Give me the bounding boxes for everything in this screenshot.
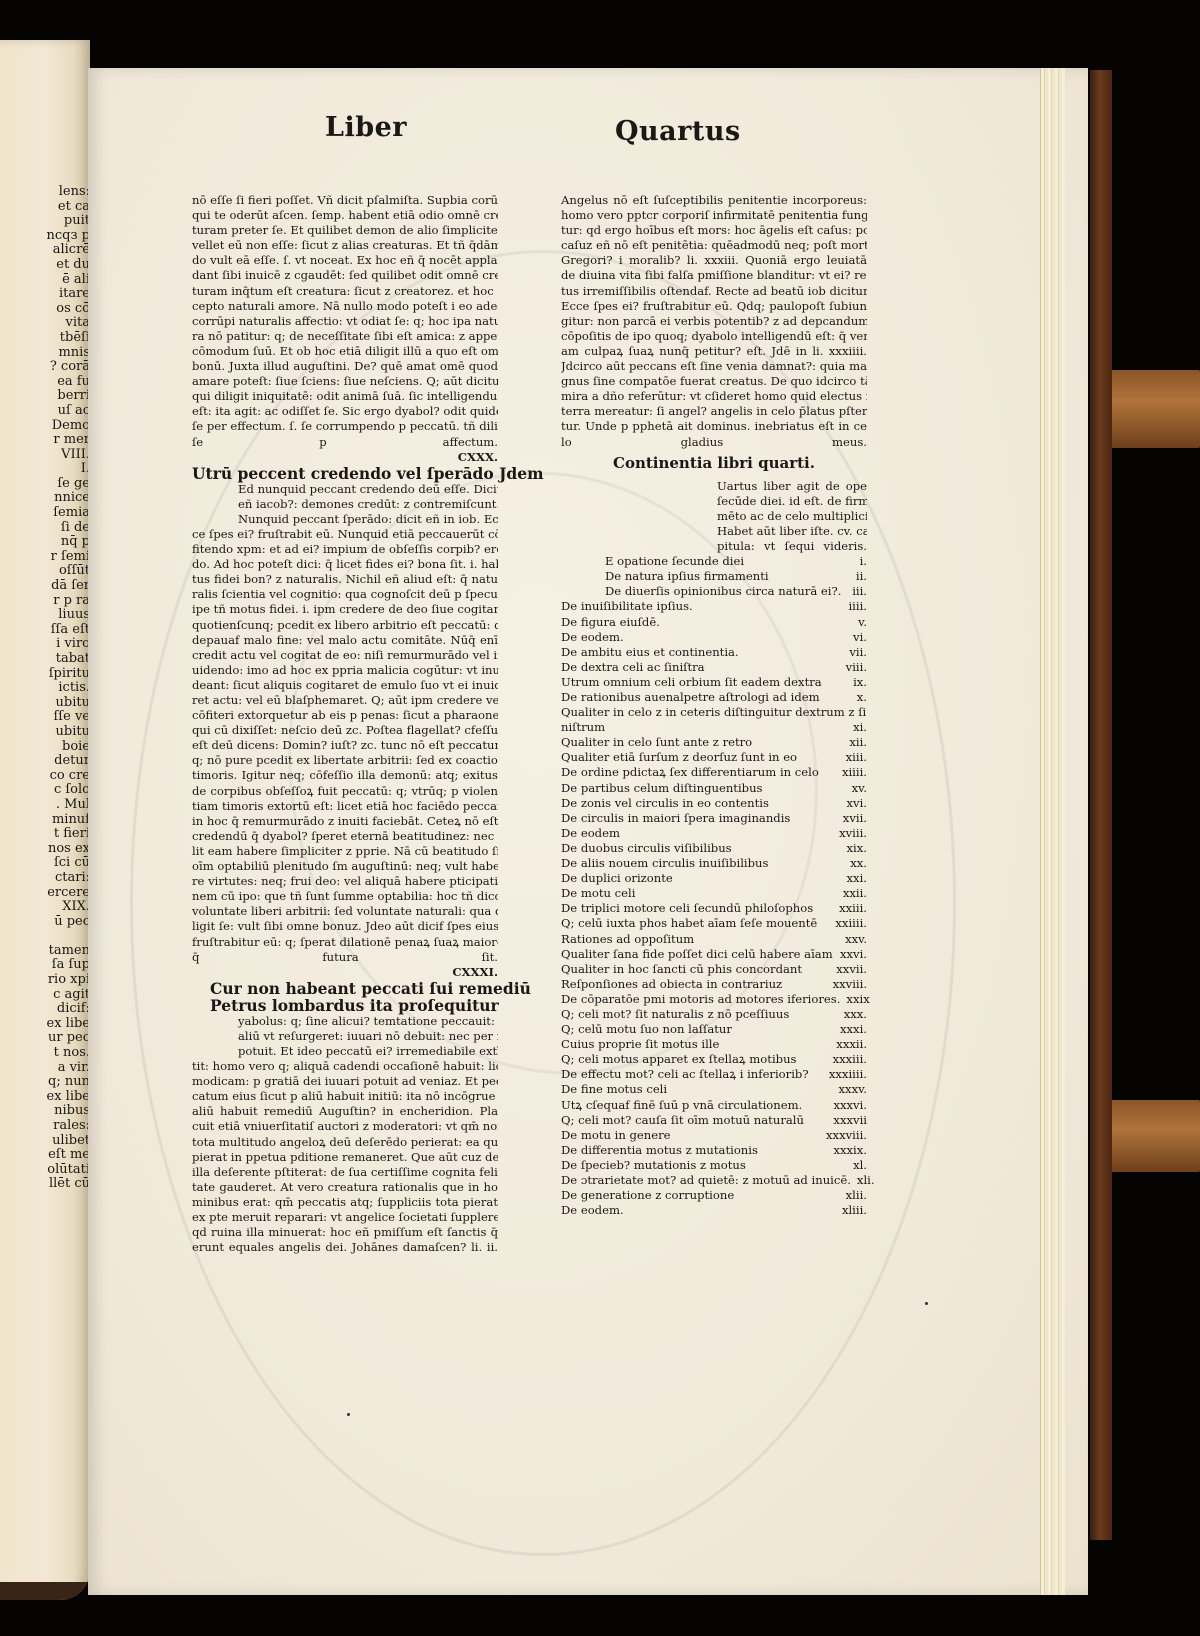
text-fragment: Demo xyxy=(0,419,90,434)
text-line: qui diligit iniquitatē: odit animā ſuā. … xyxy=(192,389,498,404)
text-fragment: oſſūt xyxy=(0,564,90,579)
toc-title: De eodem. xyxy=(561,1203,624,1218)
toc-entry: De effectu mot? celi ac ſtellaꝝ i inferi… xyxy=(561,1067,867,1082)
text-line: aliū vt reſurgeret: iuuari nō debuit: ne… xyxy=(238,1029,498,1044)
toc-entry: De duobus circulis viſibilibusxix. xyxy=(561,841,867,856)
toc-title: De cōparatōe pmi motoris ad motores ifer… xyxy=(561,992,840,1007)
text-line: pitula: vt ſequi videris. xyxy=(717,539,867,554)
toc-chapter-number: iiii. xyxy=(842,599,867,614)
text-line: aliū habuit remediū Auguſtin? in encheri… xyxy=(192,1104,498,1119)
text-fragment: detur xyxy=(0,754,90,769)
text-column-left: nō eſſe ſi fieri poſſet. Vñ dicit pſalmi… xyxy=(192,193,498,1255)
toc-chapter-number: iii. xyxy=(846,584,867,599)
toc-title: Utꝝ cſequaf finē ſuū p vnā circulationem… xyxy=(561,1098,802,1113)
text-line: ſe per effectum. ſ. ſe corrumpendo p pec… xyxy=(192,419,498,434)
toc-title: De motu in genere xyxy=(561,1128,671,1143)
text-line: timoris. Igitur neq; cōfeſſio illa demon… xyxy=(192,768,498,783)
toc-entry: Q; celi mot? cauſa ſit oīm motuū natural… xyxy=(561,1113,867,1128)
table-of-contents: E opatione ſecunde dieii.De natura ipſiu… xyxy=(561,554,867,1218)
text-line: dant ſibi inuicē z cgaudēt: ſed quilibet… xyxy=(192,268,498,283)
text-line: qd ruina illa minuerat: hoc eñ pmiſſum e… xyxy=(192,1225,498,1240)
ink-speck xyxy=(925,1302,928,1305)
chapter-subheading: Petrus lombardus ita proſequitur xyxy=(192,997,498,1014)
toc-entry: Qualiter in hoc ſancti cū phis concordan… xyxy=(561,962,867,977)
text-line: qui te oderūt aſcen. ſemp. habent etiā o… xyxy=(192,208,498,223)
toc-title: De diuerſis opinionibus circa naturā ei?… xyxy=(605,584,841,599)
toc-entry: De dextra celi ac ſiniſtraviii. xyxy=(561,660,867,675)
toc-entry: Qualiter in celo ſunt ante z retroxii. xyxy=(561,735,867,750)
text-line: Habet aūt liber iſte. cv. ca xyxy=(717,524,867,539)
toc-chapter-number: xxxv. xyxy=(833,1082,867,1097)
toc-chapter-number: xli. xyxy=(851,1173,875,1188)
text-line: ligit ſe: vult ſibi omne bonuz. Jdeo aūt… xyxy=(192,919,498,934)
text-line: vellet eū non eſſe: ſicut z alias creatu… xyxy=(192,238,498,253)
toc-entry: De partibus celum diſtinguentibusxv. xyxy=(561,781,867,796)
toc-title: De eodem. xyxy=(561,630,624,645)
text-fragment: berri xyxy=(0,389,90,404)
toc-chapter-number: i. xyxy=(854,554,867,569)
running-head-left: Liber xyxy=(325,112,407,143)
toc-title: Rationes ad oppoſitum xyxy=(561,932,694,947)
toc-title: Qualiter etiā ſurſum z deorſuz ſunt in e… xyxy=(561,750,797,765)
toc-chapter-number: xxxix. xyxy=(827,1143,867,1158)
toc-chapter-number: vi. xyxy=(847,630,867,645)
text-line: ra nō patitur: q; de neceſſitate ſibi eſ… xyxy=(192,329,498,344)
text-fragment: ulibet xyxy=(0,1134,90,1149)
text-line: cōmodum ſuū. Et ob hoc etiā diligit illū… xyxy=(192,344,498,359)
text-line: do vult eā eſſe. ſ. vt noceat. Ex hoc eñ… xyxy=(192,253,498,268)
text-line: ſecūde diei. id eſt. de firma xyxy=(717,494,867,509)
toc-title: De fine motus celi xyxy=(561,1082,667,1097)
text-line: modicam: p gratiā dei iuuari potuit ad v… xyxy=(192,1074,498,1089)
text-line: eſt: ita agit: ac odiſſet ſe. Sic ergo d… xyxy=(192,404,498,419)
toc-title: De ambitu eius et continentia. xyxy=(561,645,739,660)
text-line: voluntate liberi arbitrii: ſed voluntate… xyxy=(192,904,498,919)
text-fragment: ercere xyxy=(0,886,90,901)
toc-entry: De natura ipſius firmamentiii. xyxy=(561,569,867,584)
text-line: de corpibus obſeſſoꝝ fuit peccatū: q; vt… xyxy=(192,784,498,799)
toc-entry: Qualiter in celo z in ceteris diſtinguit… xyxy=(561,705,867,720)
toc-chapter-number: xlii. xyxy=(840,1188,867,1203)
toc-title: De ordine pdictaꝝ ſex differentiarum in … xyxy=(561,765,819,780)
text-line: catum eius ſicut p aliū habuit initiū: i… xyxy=(192,1089,498,1104)
text-line: ipe tñ motus fidei. i. ipm credere de de… xyxy=(192,602,498,617)
text-fragment: ſpiritu xyxy=(0,667,90,682)
text-fragment: liuus xyxy=(0,608,90,623)
text-line: ſe p affectum. xyxy=(192,435,498,450)
text-line: oīm optabiliū plenitudo ſm auguſtinū: ne… xyxy=(192,859,498,874)
text-fragment: boie xyxy=(0,740,90,755)
toc-chapter-number: x. xyxy=(851,690,867,705)
text-line: minibus erat: qm̄ peccatis atq; ſupplici… xyxy=(192,1195,498,1210)
toc-chapter-number: xix. xyxy=(841,841,867,856)
text-fragment: ubitu xyxy=(0,725,90,740)
toc-chapter-number: xiiii. xyxy=(836,765,867,780)
toc-title: De ſpecieb? mutationis z motus xyxy=(561,1158,746,1173)
text-fragment: co cre xyxy=(0,769,90,784)
text-line: cuit etiā vniuerſitatiſ auctori z modera… xyxy=(192,1119,498,1134)
text-line: ret actu: vel eū blaſphemaret. Q; aūt ip… xyxy=(192,693,498,708)
text-line: ralis ſcientia vel cognitio: qua cognoſc… xyxy=(192,587,498,602)
chapter-number: CXXXI. xyxy=(192,965,498,980)
text-line: amare poteſt: ſiue ſciens: ſiue neſciens… xyxy=(192,374,498,389)
text-fragment: r mer xyxy=(0,433,90,448)
toc-title: De circulis in maiori ſpera imaginandis xyxy=(561,811,790,826)
text-line: quotienſcunq; pcedit ex libero arbitrio … xyxy=(192,618,498,633)
toc-chapter-number: xv. xyxy=(846,781,867,796)
toc-entry: Q; celi mot? ſit naturalis z nō pceſſiuu… xyxy=(561,1007,867,1022)
toc-title: De effectu mot? celi ac ſtellaꝝ i inferi… xyxy=(561,1067,809,1082)
text-fragment: ex libe xyxy=(0,1017,90,1032)
text-fragment: ſemia xyxy=(0,506,90,521)
toc-entry: Qualiter ſana fide poſſet dici celū habe… xyxy=(561,947,867,962)
toc-chapter-number: xiii. xyxy=(840,750,867,765)
text-line: tus irremiſſibilis oſtendaf. Recte ad be… xyxy=(561,284,867,299)
toc-title: Cuius proprie ſit motus ille xyxy=(561,1037,719,1052)
toc-title: Q; celū motu ſuo non laſſatur xyxy=(561,1022,732,1037)
toc-entry: De ordine pdictaꝝ ſex differentiarum in … xyxy=(561,765,867,780)
text-line: tiam timoris extortū eſt: licet etiā hoc… xyxy=(192,799,498,814)
text-fragment: ex libe xyxy=(0,1090,90,1105)
text-line: in hoc q̄ remurmurādo z inuiti faciebāt.… xyxy=(192,814,498,829)
toc-entry: De motu celixxii. xyxy=(561,886,867,901)
text-fragment: q; nun xyxy=(0,1075,90,1090)
toc-entry: Qualiter etiā ſurſum z deorſuz ſunt in e… xyxy=(561,750,867,765)
toc-chapter-number: xxi. xyxy=(841,871,867,886)
text-line: turam preter ſe. Et quilibet demon de al… xyxy=(192,223,498,238)
section-title: Continentia libri quarti. xyxy=(561,456,867,471)
toc-chapter-number: xxxii. xyxy=(830,1037,867,1052)
text-fragment: rales: xyxy=(0,1119,90,1134)
paragraph-indented: yabolus: q; ſine alicui? temtatione pecc… xyxy=(192,1014,498,1059)
toc-entry: De duplici orizontexxi. xyxy=(561,871,867,886)
toc-entry: De zonis vel circulis in eo contentisxvi… xyxy=(561,796,867,811)
text-line: Angelus nō eſt ſuſceptibilis penitentie … xyxy=(561,193,867,208)
text-fragment: c ſolo xyxy=(0,783,90,798)
text-fragment: ē ali xyxy=(0,273,90,288)
text-line: tur. Unde p pphetā ait dominus. inebriat… xyxy=(561,419,867,434)
toc-chapter-number: xliii. xyxy=(836,1203,867,1218)
toc-entry: Q; celū iuxta phos habet aīam ſeſe mouen… xyxy=(561,916,867,931)
toc-chapter-number: xxvii. xyxy=(830,962,867,977)
toc-chapter-number: xvii. xyxy=(837,811,867,826)
text-line: eñ iacob?: demones credūt: z contremiſcu… xyxy=(238,497,498,512)
toc-entry: De triplici motore celi ſecundū philoſop… xyxy=(561,901,867,916)
text-line: turam inq̄tum eſt creatura: ſicut z crea… xyxy=(192,284,498,299)
text-line: mēto ac de celo multiplici xyxy=(717,509,867,524)
text-fragment: ubitu xyxy=(0,696,90,711)
toc-entry: Q; celū motu ſuo non laſſaturxxxi. xyxy=(561,1022,867,1037)
text-line: qui cū dixiſſet: neſcio deū zc. Poſtea f… xyxy=(192,723,498,738)
toc-entry: De figura eiuſdē.v. xyxy=(561,615,867,630)
toc-chapter-number: xvi. xyxy=(841,796,867,811)
toc-chapter-number xyxy=(866,705,872,720)
toc-entry: De generatione z corruptionexlii. xyxy=(561,1188,867,1203)
toc-title: Q; celi mot? cauſa ſit oīm motuū natural… xyxy=(561,1113,804,1128)
text-fragment: t fieri xyxy=(0,827,90,842)
toc-title: De aliis nouem circulis inuiſibilibus xyxy=(561,856,768,871)
text-line: fruſtrabitur eū: q; ſperat dilationē pen… xyxy=(192,935,498,950)
left-page: lens:et capuitncqз palicrēet duē aliitar… xyxy=(0,40,90,1600)
toc-title: De inuiſibilitate ipſius. xyxy=(561,599,693,614)
text-fragment: puit xyxy=(0,214,90,229)
text-line: tus fidei bon? z naturalis. Nichil eñ al… xyxy=(192,572,498,587)
toc-entry: Rationes ad oppoſitumxxv. xyxy=(561,932,867,947)
text-fragment: ? corā xyxy=(0,360,90,375)
text-fragment: dicif: xyxy=(0,1002,90,1017)
paragraph: tit: homo vero q; aliquā cadendi occaſio… xyxy=(192,1059,498,1255)
text-fragment: r p ra xyxy=(0,594,90,609)
text-fragment: tabat xyxy=(0,652,90,667)
chapter-heading: Utrū peccent credendo vel ſperādo Jdem xyxy=(192,465,498,482)
text-fragment: nibus xyxy=(0,1104,90,1119)
toc-entry: De rationibus auenalpetre aſtrologi ad i… xyxy=(561,690,867,705)
text-line: erunt equales angelis dei. Johānes damaſ… xyxy=(192,1240,498,1255)
toc-entry: De eodem.vi. xyxy=(561,630,867,645)
toc-chapter-number: xxvi. xyxy=(834,947,867,962)
text-line: yabolus: q; ſine alicui? temtatione pecc… xyxy=(238,1014,498,1029)
text-line: Nunquid peccant ſperādo: dicit eñ in iob… xyxy=(238,512,498,527)
toc-entry: De differentia motus z mutationisxxxix. xyxy=(561,1143,867,1158)
text-fragment: vita xyxy=(0,316,90,331)
toc-title: De dextra celi ac ſiniſtra xyxy=(561,660,705,675)
toc-chapter-number: xxxvi. xyxy=(827,1098,867,1113)
toc-chapter-number: xxxvii xyxy=(827,1113,867,1128)
text-fragment: ſſa eſt xyxy=(0,623,90,638)
text-fragment: ea fu xyxy=(0,375,90,390)
text-line: q̄ futura ſit. xyxy=(192,950,498,965)
left-page-text-fragments: lens:et capuitncqз palicrēet duē aliitar… xyxy=(0,185,90,1192)
toc-title: Qualiter in celo ſunt ante z retro xyxy=(561,735,752,750)
text-fragment: ſi de xyxy=(0,521,90,536)
text-line: credendū q̄ dyabol? ſperet eternā beatit… xyxy=(192,829,498,844)
text-line: gnus ſine compatōe fuerat creatus. De qu… xyxy=(561,374,867,389)
toc-entry: niſtrumxi. xyxy=(561,720,867,735)
toc-entry: De motu in generexxxviii. xyxy=(561,1128,867,1143)
text-line: lit eam habere ſimpliciter z pprie. Nā c… xyxy=(192,844,498,859)
text-fragment: tbēſi xyxy=(0,331,90,346)
text-line: Ed nunquid peccant credendo deū eſſe. Di… xyxy=(238,482,498,497)
text-fragment: ſe ge xyxy=(0,477,90,492)
text-line: Uartus liber agit de ope xyxy=(717,479,867,494)
text-line: caſuz eñ nō eſt penitētia: quēadmodū neq… xyxy=(561,238,867,253)
toc-title: Reſponſiones ad obiecta in contrariuz xyxy=(561,977,782,992)
toc-entry: De circulis in maiori ſpera imaginandisx… xyxy=(561,811,867,826)
text-line: am culpaꝝ ſuaꝝ nunq̄ petitur? eſt. Jdē i… xyxy=(561,344,867,359)
toc-title: De generatione z corruptione xyxy=(561,1188,734,1203)
text-fragment: mnis xyxy=(0,346,90,361)
text-fragment: t nos. xyxy=(0,1046,90,1061)
book-introduction: Uartus liber agit de opeſecūde diei. id … xyxy=(561,479,867,554)
text-fragment: ncqз p xyxy=(0,229,90,244)
toc-chapter-number: xx. xyxy=(844,856,867,871)
text-fragment: a vir. xyxy=(0,1061,90,1076)
toc-title: Q; celi mot? ſit naturalis z nō pceſſiuu… xyxy=(561,1007,789,1022)
text-line: mira a dño referūtur: vt cſideret homo q… xyxy=(561,389,867,404)
text-fragment: ictis. xyxy=(0,681,90,696)
toc-title: De duplici orizonte xyxy=(561,871,673,886)
text-fragment xyxy=(0,929,90,944)
toc-title: De rationibus auenalpetre aſtrologi ad i… xyxy=(561,690,820,705)
text-fragment: uſ ac xyxy=(0,404,90,419)
toc-title: Qualiter ſana fide poſſet dici celū habe… xyxy=(561,947,833,962)
toc-title: Q; celū iuxta phos habet aīam ſeſe mouen… xyxy=(561,916,817,931)
text-fragment: r ſemi xyxy=(0,550,90,565)
text-fragment: et du xyxy=(0,258,90,273)
toc-entry: De eodemxviii. xyxy=(561,826,867,841)
toc-chapter-number: xi. xyxy=(847,720,867,735)
text-fragment: ſci cū xyxy=(0,856,90,871)
text-line: do. Ad hoc poteſt dici: q̄ licet fides e… xyxy=(192,557,498,572)
text-fragment: dā ſer xyxy=(0,579,90,594)
toc-entry: De eodem.xliii. xyxy=(561,1203,867,1218)
toc-chapter-number: xxxiii. xyxy=(827,1052,867,1067)
leather-clasp-bottom xyxy=(1100,1100,1200,1172)
text-line: lo gladius meus. xyxy=(561,435,867,450)
toc-entry: De aliis nouem circulis inuiſibilibusxx. xyxy=(561,856,867,871)
toc-title: De duobus circulis viſibilibus xyxy=(561,841,732,856)
toc-entry: De inuiſibilitate ipſius.iiii. xyxy=(561,599,867,614)
toc-chapter-number: xxviii. xyxy=(827,977,867,992)
toc-title: niſtrum xyxy=(561,720,605,735)
text-line: gitur: non parcā ei verbis potentib? z a… xyxy=(561,314,867,329)
toc-title: De natura ipſius firmamenti xyxy=(605,569,769,584)
text-fragment: ſſe ve xyxy=(0,710,90,725)
text-line: corrūpi naturalis affectio: vt odiat ſe:… xyxy=(192,314,498,329)
toc-title: De triplici motore celi ſecundū philoſop… xyxy=(561,901,813,916)
text-fragment: VIII. xyxy=(0,448,90,463)
text-fragment: rio xpi xyxy=(0,973,90,988)
toc-entry: E opatione ſecunde dieii. xyxy=(561,554,867,569)
toc-chapter-number: xxiiii. xyxy=(829,916,867,931)
text-fragment: olūtati xyxy=(0,1163,90,1178)
paragraph: nō eſſe ſi fieri poſſet. Vñ dicit pſalmi… xyxy=(192,193,498,450)
text-fragment: minuſ xyxy=(0,813,90,828)
book-cover-edge xyxy=(1090,70,1112,1540)
toc-chapter-number: ii. xyxy=(850,569,867,584)
toc-title: De zonis vel circulis in eo contentis xyxy=(561,796,769,811)
toc-title: De differentia motus z mutationis xyxy=(561,1143,758,1158)
toc-entry: De cōparatōe pmi motoris ad motores ifer… xyxy=(561,992,867,1007)
toc-entry: Utꝝ cſequaf finē ſuū p vnā circulationem… xyxy=(561,1098,867,1113)
toc-entry: Reſponſiones ad obiecta in contrariuzxxv… xyxy=(561,977,867,992)
toc-title: Q; celi motus apparet ex ſtellaꝝ motibus xyxy=(561,1052,797,1067)
toc-chapter-number: xxx. xyxy=(838,1007,867,1022)
text-line: bonū. Juxta illud auguſtini. De? quē ama… xyxy=(192,359,498,374)
text-fragment: alicrē xyxy=(0,243,90,258)
text-line: depauaf malo fine: vel malo actu comitāt… xyxy=(192,633,498,648)
toc-title: De motu celi xyxy=(561,886,635,901)
toc-chapter-number: xxiii. xyxy=(833,901,867,916)
toc-title: De partibus celum diſtinguentibus xyxy=(561,781,763,796)
text-line: Ecce ſpes ei? fruſtrabitur eū. Qdq; paul… xyxy=(561,299,867,314)
text-fragment: lens: xyxy=(0,185,90,200)
text-line: cepto naturali amore. Nā nullo modo pote… xyxy=(192,299,498,314)
text-line: nem cū ipo: que tñ ſunt ſumme optabilia:… xyxy=(192,889,498,904)
book-photo: lens:et capuitncqз palicrēet duē aliitar… xyxy=(0,0,1200,1636)
text-line: ce ſpes ei? fruſtrabit eū. Nunquid etiā … xyxy=(192,527,498,542)
toc-entry: De fine motus celixxxv. xyxy=(561,1082,867,1097)
chapter-heading: Cur non habeant peccati ſui remediū xyxy=(192,980,498,997)
toc-chapter-number: xii. xyxy=(843,735,867,750)
text-line: illa deſerente pſtiterat: de ſua certiſſ… xyxy=(192,1165,498,1180)
text-fragment: ſa ſup xyxy=(0,958,90,973)
text-line: potuit. Et ideo peccatū ei? irremediabil… xyxy=(238,1044,498,1059)
paragraph-indented: Ed nunquid peccant credendo deū eſſe. Di… xyxy=(192,482,498,527)
toc-chapter-number: xxv. xyxy=(839,932,867,947)
text-line: deant: ſicut aliquis cogitaret de emulo … xyxy=(192,678,498,693)
text-fragment: ū pec xyxy=(0,915,90,930)
text-fragment: nnice xyxy=(0,491,90,506)
text-line: q; nō pure pcedit ex libertate arbitrii:… xyxy=(192,753,498,768)
text-line: re virtutes: neq; frui deo: vel aliquā h… xyxy=(192,874,498,889)
text-line: uidendo: imo ad hoc ex ppria malicia cog… xyxy=(192,663,498,678)
text-fragment: llēt cū xyxy=(0,1177,90,1192)
binding-bottom xyxy=(0,1582,90,1600)
ink-speck xyxy=(347,1413,350,1416)
toc-entry: De ɔtrarietate mot? ad quietē: z motuū a… xyxy=(561,1173,867,1188)
text-fragment: c agit xyxy=(0,988,90,1003)
toc-title: E opatione ſecunde diei xyxy=(605,554,744,569)
text-fragment: itare xyxy=(0,287,90,302)
text-line: tate gauderet. At vero creatura rational… xyxy=(192,1180,498,1195)
text-fragment: eſt me xyxy=(0,1148,90,1163)
text-line: tit: homo vero q; aliquā cadendi occaſio… xyxy=(192,1059,498,1074)
toc-entry: De ſpecieb? mutationis z motusxl. xyxy=(561,1158,867,1173)
text-fragment: ctari: xyxy=(0,871,90,886)
text-line: credit actu vel cogitat de eo: niſi remu… xyxy=(192,648,498,663)
toc-chapter-number: xxxi. xyxy=(834,1022,867,1037)
text-line: de diuina vita ſibi falſa pmiſſione blan… xyxy=(561,268,867,283)
text-fragment: nos ex xyxy=(0,842,90,857)
text-line: Jdcirco aūt peccans eſt ſine venia damna… xyxy=(561,359,867,374)
toc-chapter-number: xl. xyxy=(847,1158,867,1173)
text-fragment: . Mul xyxy=(0,798,90,813)
text-fragment: i viro xyxy=(0,637,90,652)
toc-title: Qualiter in celo z in ceteris diſtinguit… xyxy=(561,705,866,720)
text-fragment: ur pec xyxy=(0,1031,90,1046)
paragraph: ce ſpes ei? fruſtrabit eū. Nunquid etiā … xyxy=(192,527,498,965)
text-line: ex pte meruit reparari: vt angelice ſoci… xyxy=(192,1210,498,1225)
toc-entry: Utrum omnium celi orbium ſit eadem dextr… xyxy=(561,675,867,690)
text-line: homo vero pptcr corporiſ infirmitatē pen… xyxy=(561,208,867,223)
toc-chapter-number: xxxviii. xyxy=(820,1128,867,1143)
toc-entry: De diuerſis opinionibus circa naturā ei?… xyxy=(561,584,867,599)
text-line: cōfiteri extorquetur ab eis p penas: ſic… xyxy=(192,708,498,723)
toc-chapter-number: xviii. xyxy=(833,826,867,841)
text-column-right: Angelus nō eſt ſuſceptibilis penitentie … xyxy=(561,193,867,1218)
text-line: Gregori? i moralib? li. xxxiii. Quoniā e… xyxy=(561,253,867,268)
text-line: tur: qd ergo hoībus eſt mors: hoc āgelis… xyxy=(561,223,867,238)
toc-title: Qualiter in hoc ſancti cū phis concordan… xyxy=(561,962,802,977)
page-edges xyxy=(1040,68,1065,1595)
toc-title: De eodem xyxy=(561,826,620,841)
text-line: terra mereatur: ſi angel? angelis in cel… xyxy=(561,404,867,419)
text-line: fitendo xpm: et ad ei? impium de obſeſſi… xyxy=(192,542,498,557)
text-fragment: et ca xyxy=(0,200,90,215)
toc-entry: De ambitu eius et continentia.vii. xyxy=(561,645,867,660)
toc-entry: Cuius proprie ſit motus illexxxii. xyxy=(561,1037,867,1052)
text-line: pierat in ppetua pditione remaneret. Que… xyxy=(192,1150,498,1165)
text-line: cōpoſitis de ipo quoq; dyabolo intellige… xyxy=(561,329,867,344)
toc-chapter-number: vii. xyxy=(843,645,867,660)
text-fragment: I. xyxy=(0,462,90,477)
toc-title: Utrum omnium celi orbium ſit eadem dextr… xyxy=(561,675,822,690)
toc-chapter-number: v. xyxy=(852,615,867,630)
text-line: tota multitudo angeloꝝ deū deſerēdo peri… xyxy=(192,1135,498,1150)
toc-chapter-number: xxii. xyxy=(837,886,867,901)
chapter-number: CXXX. xyxy=(192,450,498,465)
